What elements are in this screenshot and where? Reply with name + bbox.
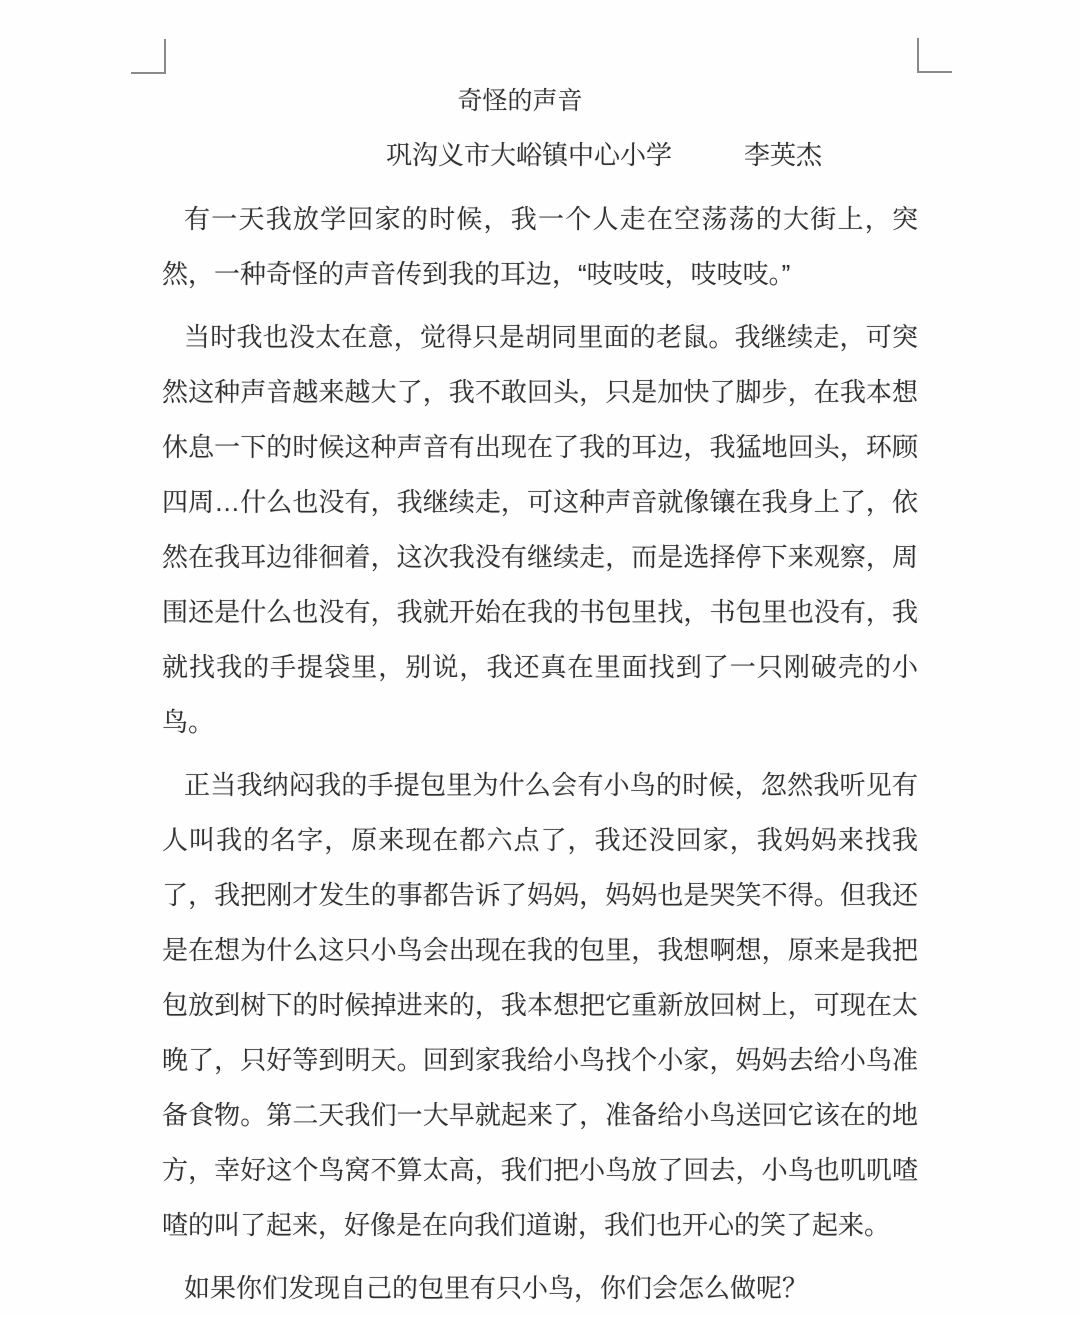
document-page: 奇怪的声音 巩沟义市大峪镇中心小学 李英杰 有一天我放学回家的时候，我一个人走在…: [0, 0, 1080, 1317]
essay-content: 奇怪的声音 巩沟义市大峪镇中心小学 李英杰 有一天我放学回家的时候，我一个人走在…: [162, 84, 918, 1317]
essay-paragraph-4: 如果你们发现自己的包里有只小鸟，你们会怎么做呢？: [162, 1261, 918, 1316]
essay-title: 奇怪的声音: [142, 84, 898, 118]
essay-paragraph-2: 当时我也没太在意，觉得只是胡同里面的老鼠。我继续走，可突然这种声音越来越大了，我…: [162, 310, 918, 750]
byline: 巩沟义市大峪镇中心小学 李英杰: [226, 138, 982, 172]
byline-school: 巩沟义市大峪镇中心小学: [386, 138, 672, 172]
crop-mark-top-left: [131, 39, 166, 74]
crop-mark-top-right: [917, 38, 952, 73]
byline-author: 李英杰: [744, 138, 822, 172]
essay-body: 有一天我放学回家的时候，我一个人走在空荡荡的大街上，突然，一种奇怪的声音传到我的…: [162, 192, 918, 1316]
essay-paragraph-3: 正当我纳闷我的手提包里为什么会有小鸟的时候，忽然我听见有人叫我的名字，原来现在都…: [162, 758, 918, 1253]
essay-paragraph-1: 有一天我放学回家的时候，我一个人走在空荡荡的大街上，突然，一种奇怪的声音传到我的…: [162, 192, 918, 302]
